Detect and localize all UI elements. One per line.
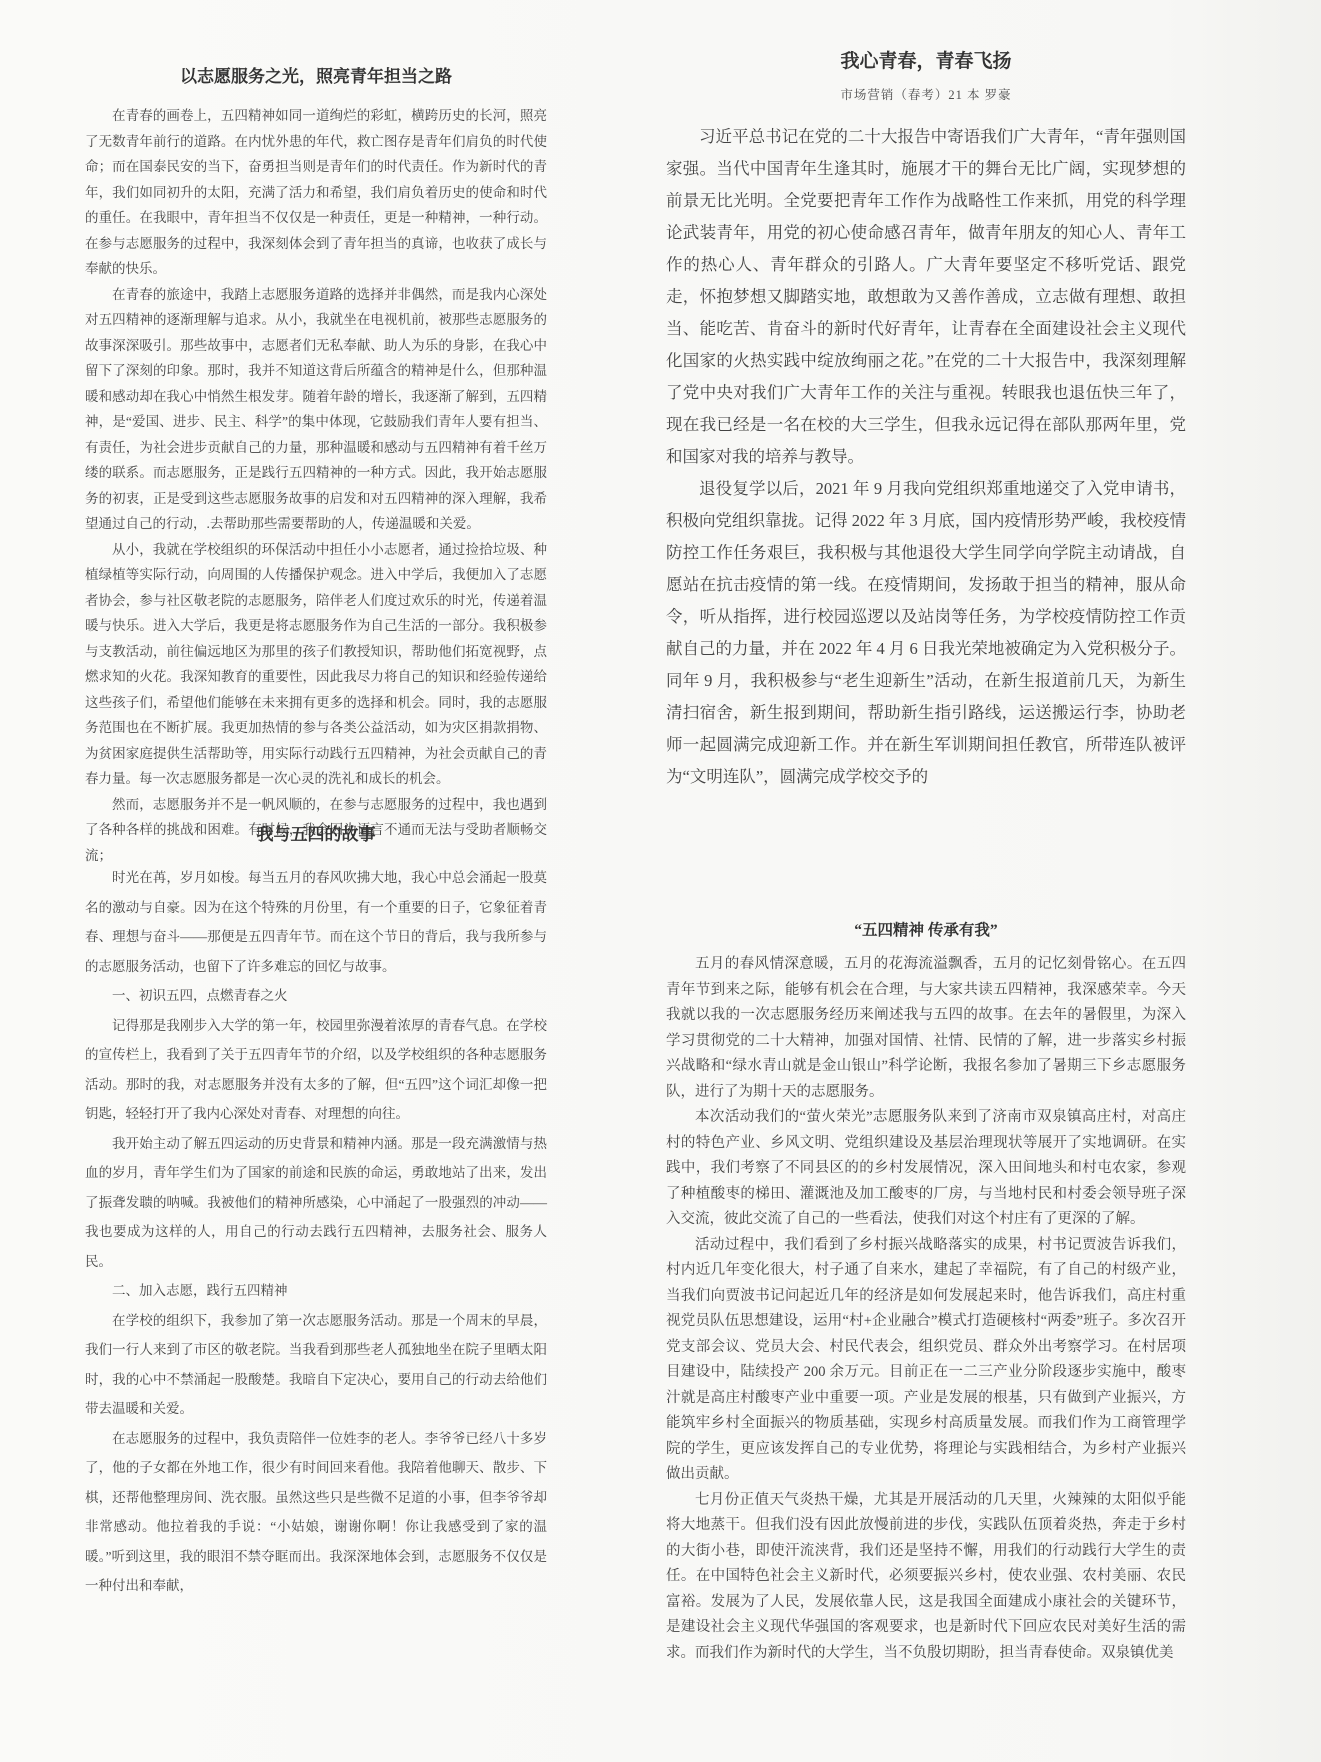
essay-paragraph: 在青春的旅途中，我踏上志愿服务道路的选择并非偶然，而是我内心深处对五四精神的逐渐…	[85, 282, 547, 537]
essay-title: “五四精神 传承有我”	[666, 918, 1186, 940]
essay-author-byline: 市场营销（春考）21 本 罗豪	[666, 79, 1186, 111]
essay-paragraph: 本次活动我们的“萤火荣光”志愿服务队来到了济南市双泉镇高庄村，对高庄村的特色产业…	[666, 1105, 1186, 1233]
essay-paragraph: 在青春的画卷上，五四精神如同一道绚烂的彩虹，横跨历史的长河，照亮了无数青年前行的…	[85, 103, 547, 282]
essay-title: 以志愿服务之光，照亮青年担当之路	[85, 62, 547, 87]
essay-title: 我与五四的故事	[85, 820, 547, 845]
essay-my-may-fourth-story: 我与五四的故事 时光在苒，岁月如梭。每当五月的春风吹拂大地，我心中总会涌起一股莫…	[85, 820, 547, 1601]
document-page: 以志愿服务之光，照亮青年担当之路 在青春的画卷上，五四精神如同一道绚烂的彩虹，横…	[0, 0, 1321, 1762]
essay-title: 我心青春，青春飞扬	[666, 46, 1186, 73]
essay-my-youth-flying: 我心青春，青春飞扬 市场营销（春考）21 本 罗豪 习近平总书记在党的二十大报告…	[666, 46, 1186, 793]
essay-section-heading: 二、加入志愿，践行五四精神	[85, 1276, 547, 1306]
essay-paragraph: 我开始主动了解五四运动的历史背景和精神内涵。那是一段充满激情与热血的岁月，青年学…	[85, 1129, 547, 1277]
essay-paragraph: 退役复学以后，2021 年 9 月我向党组织郑重地递交了入党申请书，积极向党组织…	[666, 473, 1186, 793]
essay-volunteer-service-light: 以志愿服务之光，照亮青年担当之路 在青春的画卷上，五四精神如同一道绚烂的彩虹，横…	[85, 62, 547, 868]
essay-paragraph: 在志愿服务的过程中，我负责陪伴一位姓李的老人。李爷爷已经八十多岁了，他的子女都在…	[85, 1424, 547, 1601]
essay-paragraph: 在学校的组织下，我参加了第一次志愿服务活动。那是一个周末的早晨，我们一行人来到了…	[85, 1306, 547, 1424]
essay-paragraph: 时光在苒，岁月如梭。每当五月的春风吹拂大地，我心中总会涌起一股莫名的激动与自豪。…	[85, 863, 547, 981]
essay-paragraph: 活动过程中，我们看到了乡村振兴战略落实的成果，村书记贾波告诉我们，村内近几年变化…	[666, 1233, 1186, 1488]
essay-paragraph: 从小，我就在学校组织的环保活动中担任小小志愿者，通过捡拾垃圾、种植绿植等实际行动…	[85, 537, 547, 792]
essay-paragraph: 五月的春风情深意暖，五月的花海流溢飘香，五月的记忆刻骨铭心。在五四青年节到来之际…	[666, 952, 1186, 1105]
essay-may-fourth-spirit-inheritance: “五四精神 传承有我” 五月的春风情深意暖，五月的花海流溢飘香，五月的记忆刻骨铭…	[666, 918, 1186, 1666]
essay-section-heading: 一、初识五四，点燃青春之火	[85, 981, 547, 1011]
essay-paragraph: 习近平总书记在党的二十大报告中寄语我们广大青年，“青年强则国家强。当代中国青年生…	[666, 121, 1186, 473]
essay-paragraph: 七月份正值天气炎热干燥，尤其是开展活动的几天里，火辣辣的太阳似乎能将大地蒸干。但…	[666, 1488, 1186, 1667]
essay-paragraph: 记得那是我刚步入大学的第一年，校园里弥漫着浓厚的青春气息。在学校的宣传栏上，我看…	[85, 1011, 547, 1129]
